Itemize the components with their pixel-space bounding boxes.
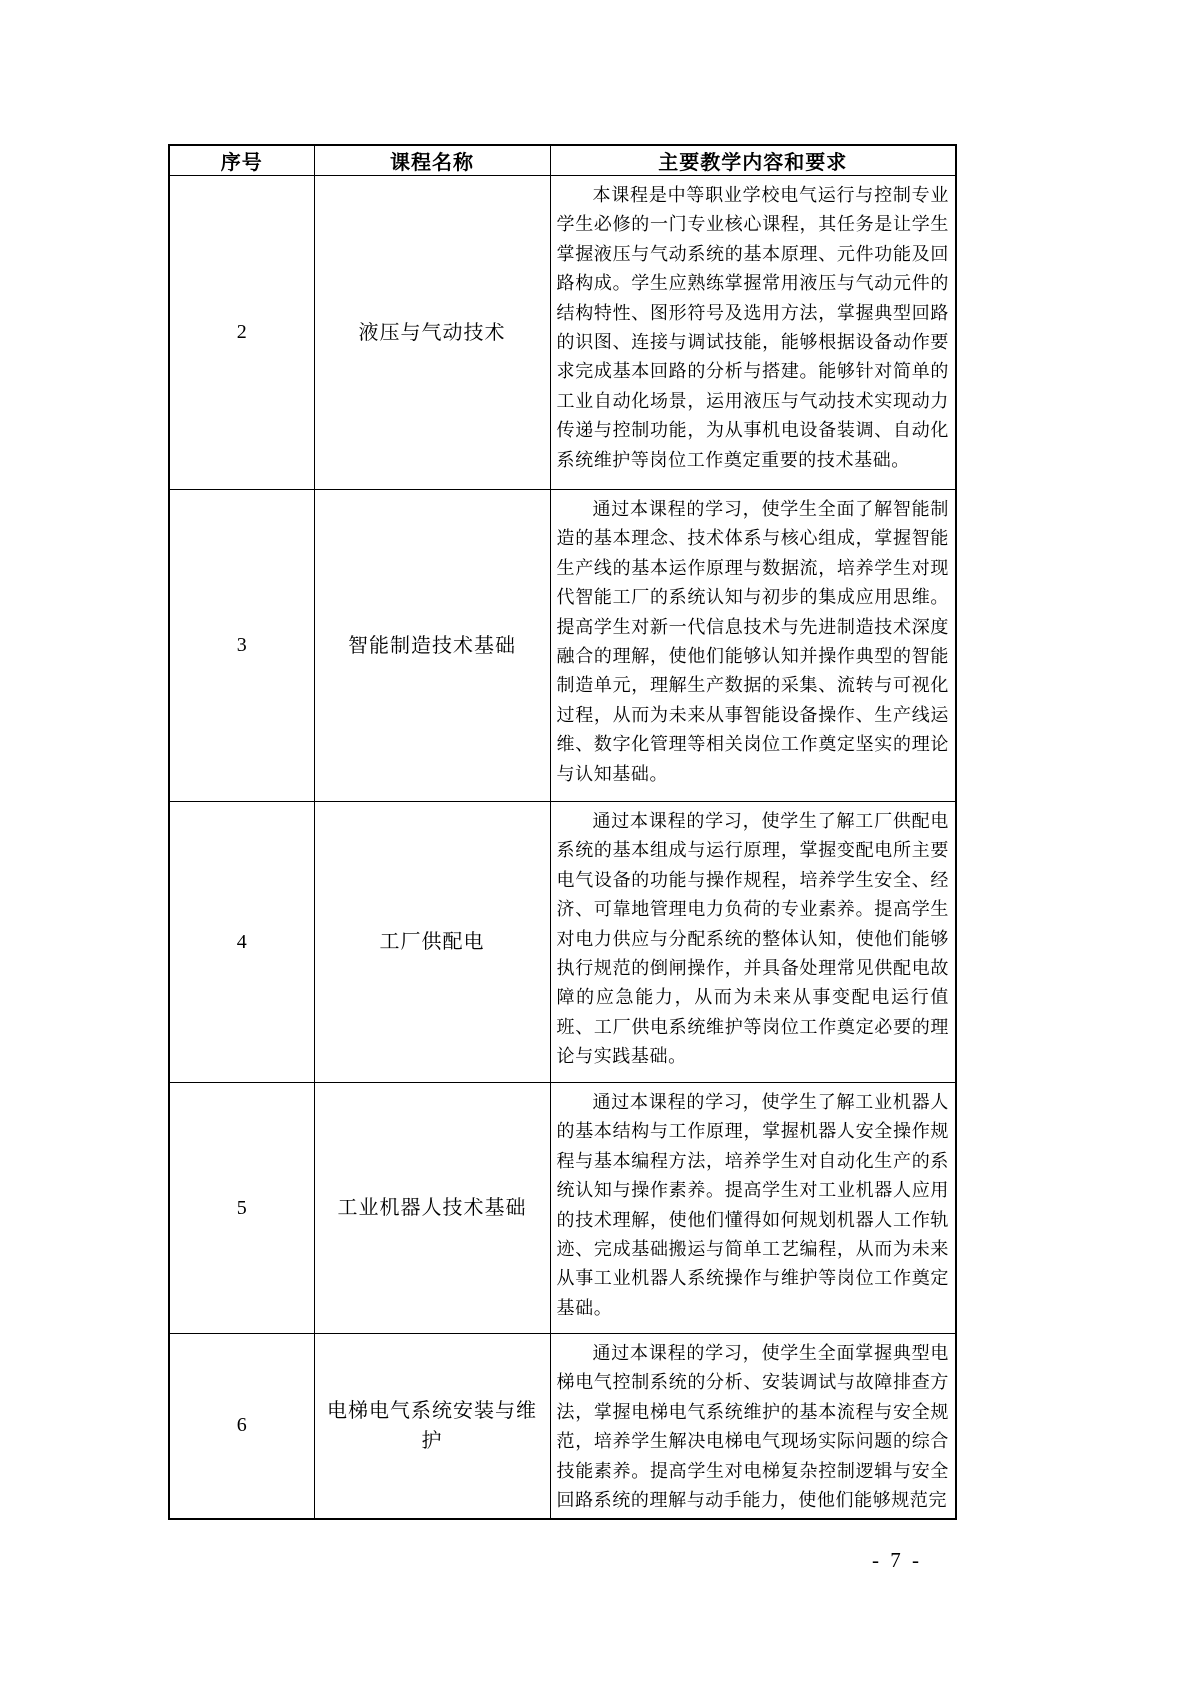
page-number: - 7 -	[872, 1548, 922, 1573]
course-name: 工厂供配电	[314, 802, 550, 1083]
table-row-2: 2 液压与气动技术 本课程是中等职业学校电气运行与控制专业学生必修的一门专业核心…	[169, 176, 956, 490]
header-cell-content: 主要教学内容和要求	[550, 145, 956, 176]
course-name: 液压与气动技术	[314, 176, 550, 490]
row-index: 5	[169, 1083, 314, 1334]
course-content-cell: 通过本课程的学习，使学生全面了解智能制造的基本理念、技术体系与核心组成，掌握智能…	[550, 490, 956, 802]
table-row-6: 6 电梯电气系统安装与维护 通过本课程的学习，使学生全面掌握典型电梯电气控制系统…	[169, 1334, 956, 1519]
row-index: 6	[169, 1334, 314, 1519]
course-name: 电梯电气系统安装与维护	[314, 1334, 550, 1519]
row-index: 4	[169, 802, 314, 1083]
document-page: 序号 课程名称 主要教学内容和要求 2 液压与气动技术 本课程是中等职业学校电气…	[0, 0, 1191, 1684]
table-row-5: 5 工业机器人技术基础 通过本课程的学习，使学生了解工业机器人的基本结构与工作原…	[169, 1083, 956, 1334]
course-name: 工业机器人技术基础	[314, 1083, 550, 1334]
course-description: 通过本课程的学习，使学生了解工业机器人的基本结构与工作原理，掌握机器人安全操作规…	[557, 1088, 950, 1323]
course-content-cell: 通过本课程的学习，使学生全面掌握典型电梯电气控制系统的分析、安装调试与故障排查方…	[550, 1334, 956, 1519]
course-content-cell: 本课程是中等职业学校电气运行与控制专业学生必修的一门专业核心课程，其任务是让学生…	[550, 176, 956, 490]
header-cell-course: 课程名称	[314, 145, 550, 176]
course-description: 本课程是中等职业学校电气运行与控制专业学生必修的一门专业核心课程，其任务是让学生…	[557, 181, 950, 475]
table-row-4: 4 工厂供配电 通过本课程的学习，使学生了解工厂供配电系统的基本组成与运行原理，…	[169, 802, 956, 1083]
table-row-3: 3 智能制造技术基础 通过本课程的学习，使学生全面了解智能制造的基本理念、技术体…	[169, 490, 956, 802]
course-content-cell: 通过本课程的学习，使学生了解工业机器人的基本结构与工作原理，掌握机器人安全操作规…	[550, 1083, 956, 1334]
header-cell-index: 序号	[169, 145, 314, 176]
course-name: 智能制造技术基础	[314, 490, 550, 802]
table-header-row: 序号 课程名称 主要教学内容和要求	[169, 145, 956, 176]
course-description: 通过本课程的学习，使学生全面掌握典型电梯电气控制系统的分析、安装调试与故障排查方…	[557, 1339, 950, 1515]
course-content-cell: 通过本课程的学习，使学生了解工厂供配电系统的基本组成与运行原理，掌握变配电所主要…	[550, 802, 956, 1083]
course-table: 序号 课程名称 主要教学内容和要求 2 液压与气动技术 本课程是中等职业学校电气…	[168, 144, 957, 1520]
course-description: 通过本课程的学习，使学生全面了解智能制造的基本理念、技术体系与核心组成，掌握智能…	[557, 495, 950, 789]
row-index: 3	[169, 490, 314, 802]
course-description: 通过本课程的学习，使学生了解工厂供配电系统的基本组成与运行原理，掌握变配电所主要…	[557, 807, 950, 1072]
row-index: 2	[169, 176, 314, 490]
